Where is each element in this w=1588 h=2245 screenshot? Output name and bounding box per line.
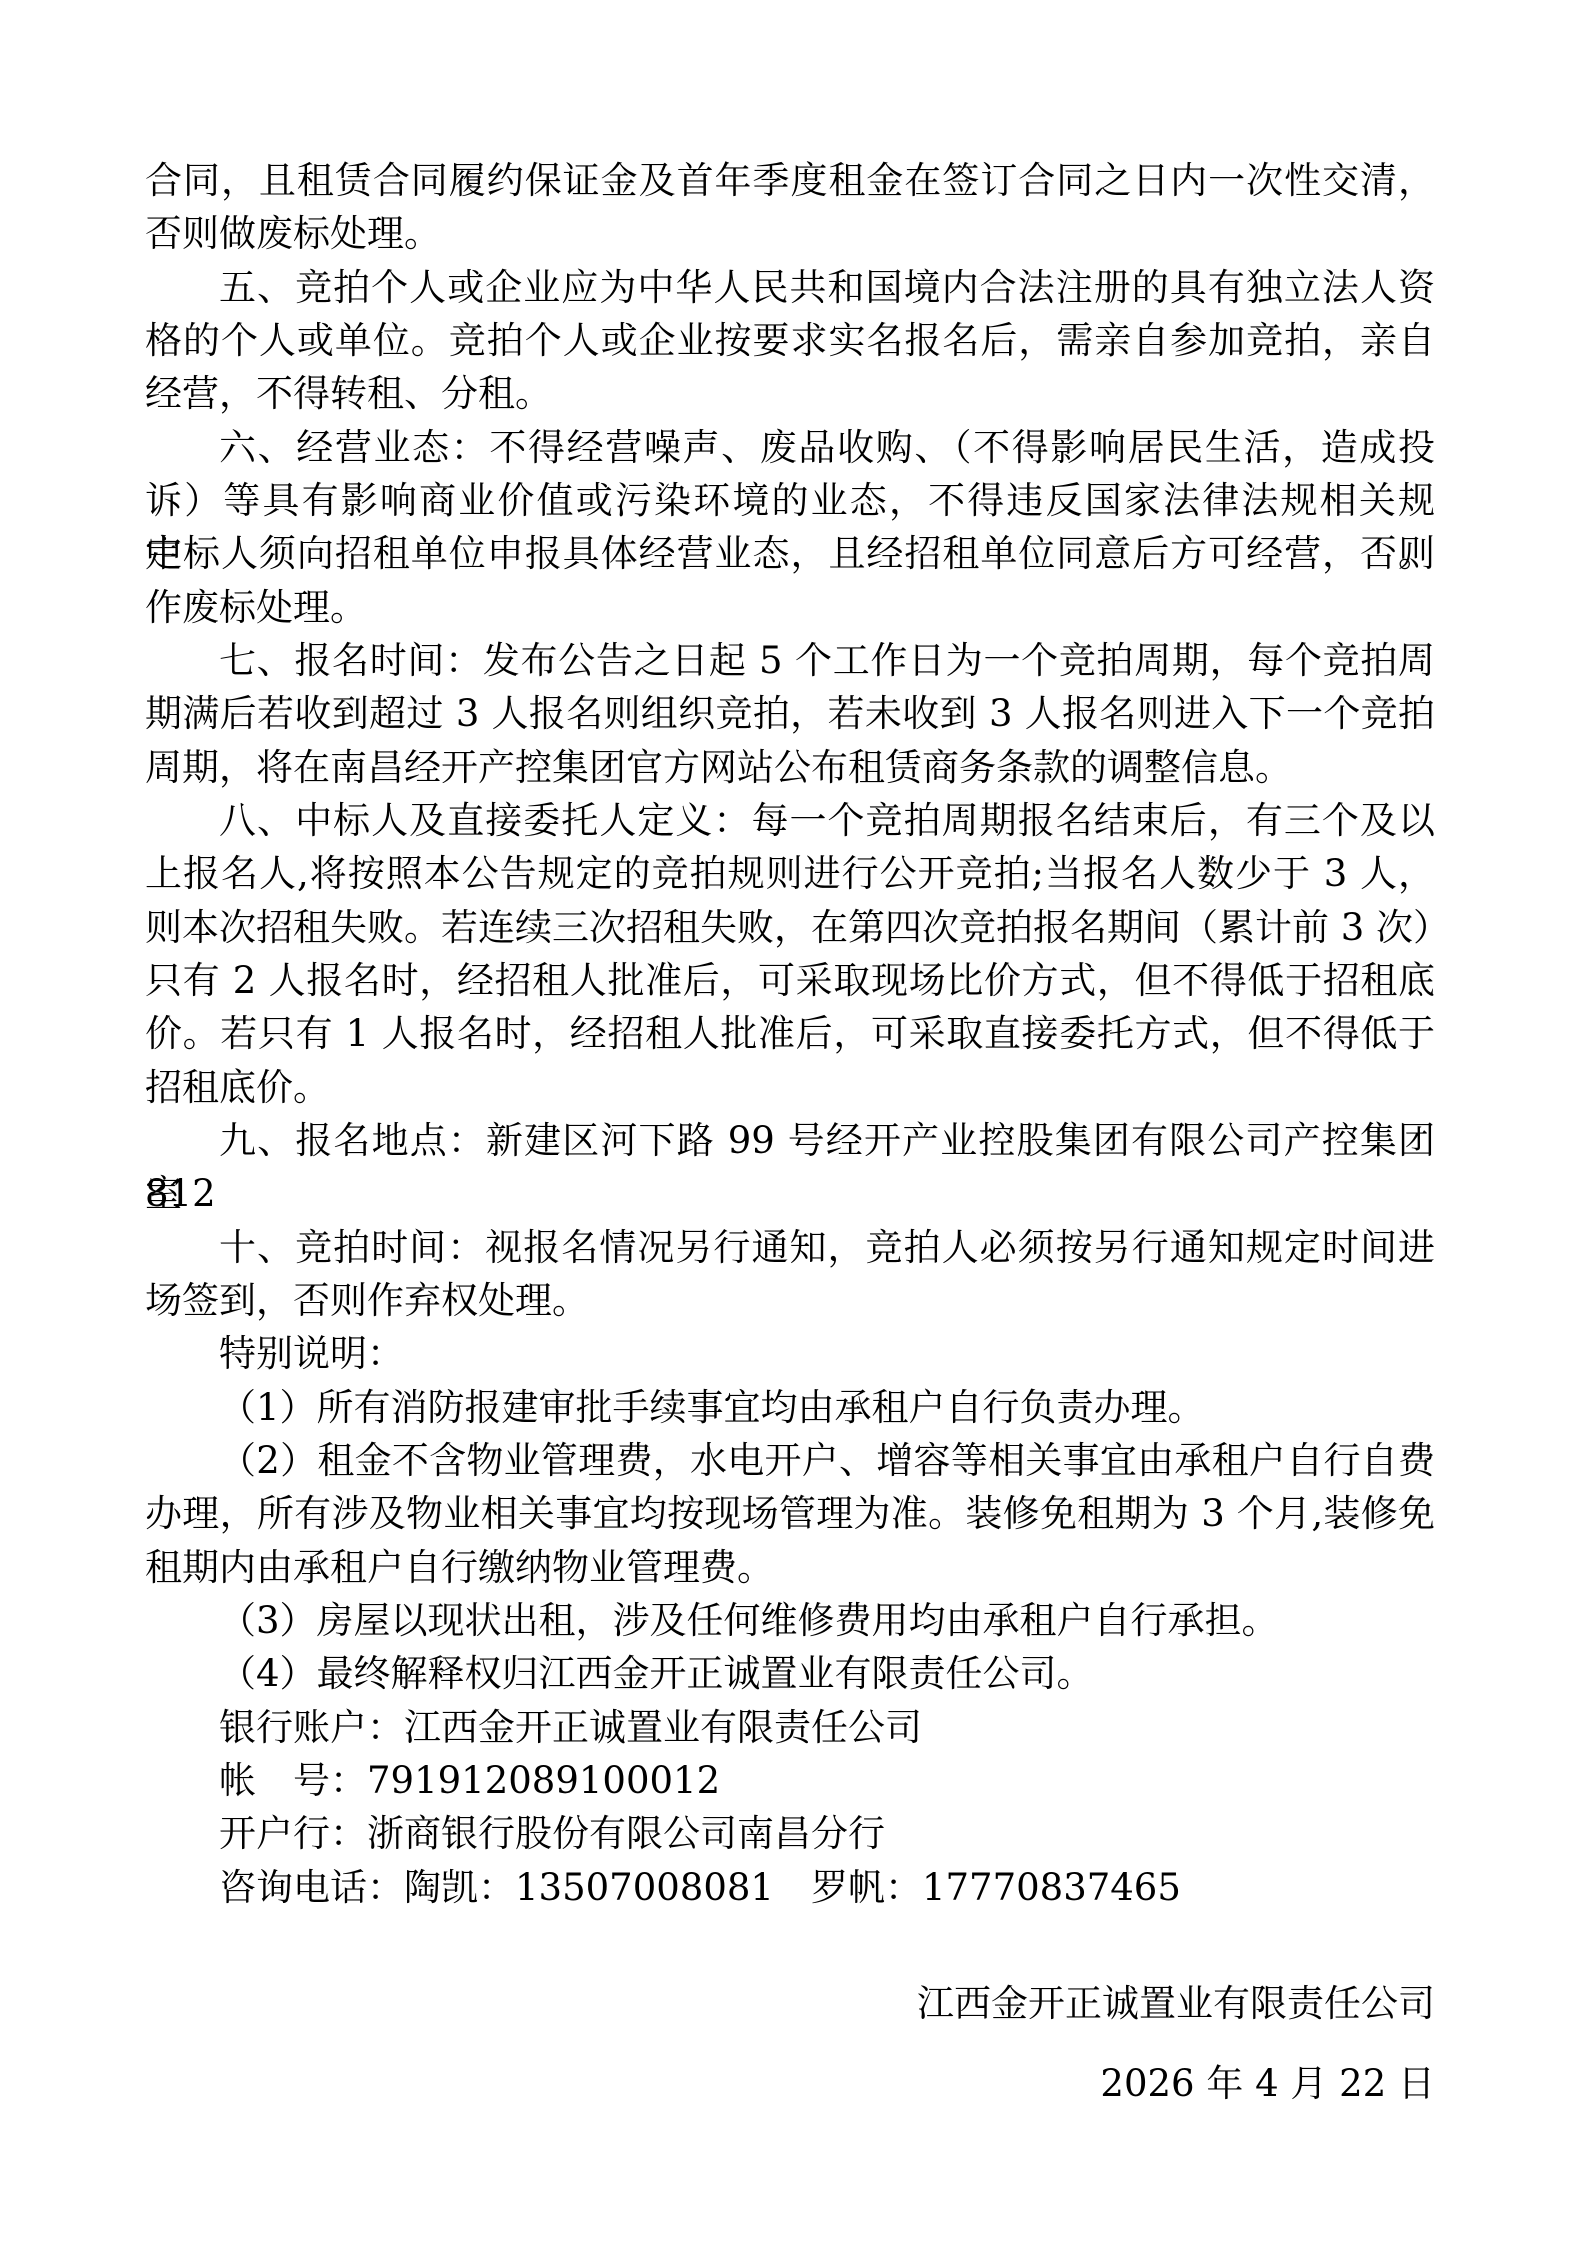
text-line: 七、报名时间：发布公告之日起 5 个工作日为一个竞拍周期，每个竞拍周 bbox=[145, 634, 1435, 687]
text-line: 办理，所有涉及物业相关事宜均按现场管理为准。装修免租期为 3 个月,装修免 bbox=[145, 1487, 1435, 1540]
text-line: 作废标处理。 bbox=[145, 581, 1435, 634]
text-line: 招租底价。 bbox=[145, 1061, 1435, 1114]
text-line: 经营，不得转租、分租。 bbox=[145, 367, 1435, 420]
text-line: 十、竞拍时间：视报名情况另行通知，竞拍人必须按另行通知规定时间进 bbox=[145, 1221, 1435, 1274]
text-line: 场签到，否则作弃权处理。 bbox=[145, 1274, 1435, 1327]
text-line: 银行账户：江西金开正诚置业有限责任公司 bbox=[145, 1701, 1435, 1754]
signature-company: 江西金开正诚置业有限责任公司 bbox=[145, 1977, 1435, 2030]
text-line: 诉）等具有影响商业价值或污染环境的业态，不得违反国家法律法规相关规定。 bbox=[145, 474, 1435, 527]
text-line: 帐 号：791912089100012 bbox=[145, 1754, 1435, 1807]
signature-date: 2026 年 4 月 22 日 bbox=[145, 2057, 1435, 2110]
text-line: 上报名人,将按照本公告规定的竞拍规则进行公开竞拍;当报名人数少于 3 人， bbox=[145, 847, 1435, 900]
text-line: 周期，将在南昌经开产控集团官方网站公布租赁商务条款的调整信息。 bbox=[145, 741, 1435, 794]
text-line: 否则做废标处理。 bbox=[145, 207, 1435, 260]
blank-line bbox=[145, 1914, 1435, 1967]
text-line: 格的个人或单位。竞拍个人或企业按要求实名报名后，需亲自参加竞拍，亲自 bbox=[145, 314, 1435, 367]
text-line: 期满后若收到超过 3 人报名则组织竞拍，若未收到 3 人报名则进入下一个竞拍 bbox=[145, 687, 1435, 740]
text-line: 则本次招租失败。若连续三次招租失败，在第四次竞拍报名期间（累计前 3 次） bbox=[145, 901, 1435, 954]
text-line: 价。若只有 1 人报名时，经招租人批准后，可采取直接委托方式，但不得低于 bbox=[145, 1007, 1435, 1060]
text-line: （3）房屋以现状出租，涉及任何维修费用均由承租户自行承担。 bbox=[145, 1594, 1435, 1647]
text-line: 中标人须向招租单位申报具体经营业态，且经招租单位同意后方可经营，否则 bbox=[145, 527, 1435, 580]
text-line: 咨询电话：陶凯：13507008081 罗帆：17770837465 bbox=[145, 1861, 1435, 1914]
text-line: 五、竞拍个人或企业应为中华人民共和国境内合法注册的具有独立法人资 bbox=[145, 261, 1435, 314]
document-text-block: 合同，且租赁合同履约保证金及首年季度租金在签订合同之日内一次性交清，否则做废标处… bbox=[145, 154, 1435, 2111]
text-line: 六、经营业态：不得经营噪声、废品收购、（不得影响居民生活，造成投 bbox=[145, 421, 1435, 474]
text-line: （1）所有消防报建审批手续事宜均由承租户自行负责办理。 bbox=[145, 1381, 1435, 1434]
text-line: （4）最终解释权归江西金开正诚置业有限责任公司。 bbox=[145, 1647, 1435, 1700]
text-line: 室 bbox=[145, 1167, 1435, 1220]
text-line: 合同，且租赁合同履约保证金及首年季度租金在签订合同之日内一次性交清， bbox=[145, 154, 1435, 207]
text-line: 八、中标人及直接委托人定义：每一个竞拍周期报名结束后，有三个及以 bbox=[145, 794, 1435, 847]
text-line: 九、报名地点：新建区河下路 99 号经开产业控股集团有限公司产控集团 812 bbox=[145, 1114, 1435, 1167]
text-line: 特别说明： bbox=[145, 1327, 1435, 1380]
text-line: 租期内由承租户自行缴纳物业管理费。 bbox=[145, 1541, 1435, 1594]
text-line: 开户行：浙商银行股份有限公司南昌分行 bbox=[145, 1807, 1435, 1860]
text-line: 只有 2 人报名时，经招租人批准后，可采取现场比价方式，但不得低于招租底 bbox=[145, 954, 1435, 1007]
text-line: （2）租金不含物业管理费，水电开户、增容等相关事宜由承租户自行自费 bbox=[145, 1434, 1435, 1487]
document-page: 合同，且租赁合同履约保证金及首年季度租金在签订合同之日内一次性交清，否则做废标处… bbox=[0, 0, 1588, 2245]
